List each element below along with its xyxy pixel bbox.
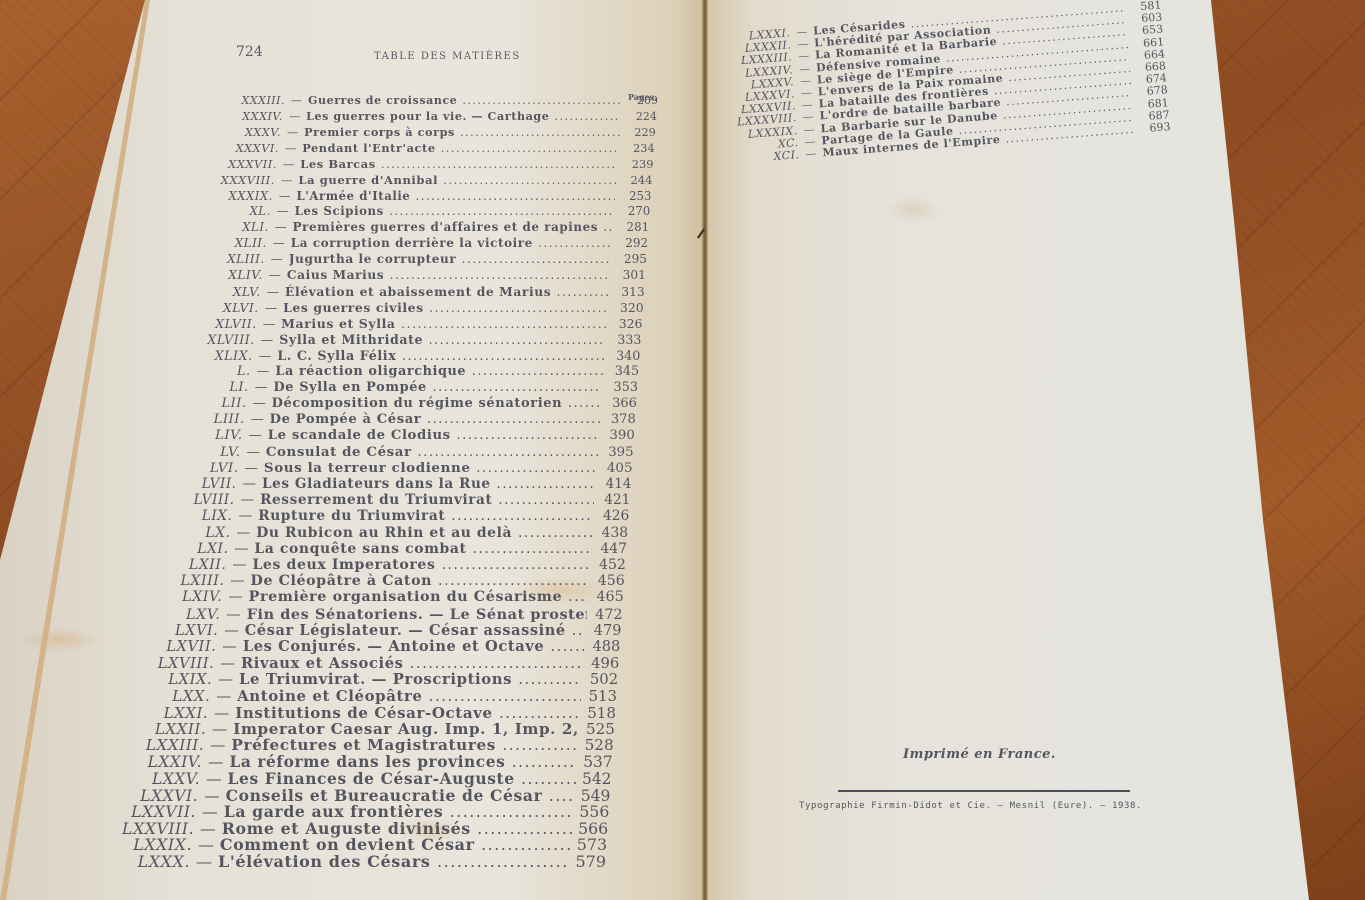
toc-entry: LXXI.—Institutions de César-Octave518 xyxy=(106,704,616,722)
em-dash: — xyxy=(259,348,272,363)
chapter-title: Du Rubicon au Rhin et au delà xyxy=(256,525,592,541)
toc-entry: XXXVIII.—La guerre d'Annibal244 xyxy=(201,173,653,187)
book-gutter xyxy=(702,0,708,900)
em-dash: — xyxy=(277,204,289,218)
page-ref: 456 xyxy=(593,573,625,589)
chapter-title: Décomposition du régime sénatorien xyxy=(272,396,601,411)
toc-entry: XLVII.—Marius et Sylla326 xyxy=(175,316,643,331)
page-ref: 301 xyxy=(614,268,646,282)
chapter-title: Institutions de César-Octave xyxy=(235,704,580,722)
em-dash: — xyxy=(208,753,223,771)
em-dash: — xyxy=(214,704,229,722)
chapter-number: XLII. xyxy=(189,236,267,250)
toc-entry: XXXV.—Premier corps à corps229 xyxy=(209,125,656,139)
imprint-notice: Imprimé en France. xyxy=(903,747,1056,762)
page-ref: 513 xyxy=(585,687,617,705)
chapter-number: LXVII. xyxy=(117,638,216,655)
page-ref: 496 xyxy=(587,655,619,672)
toc-entry: XLII.—La corruption derrière la victoire… xyxy=(189,236,648,250)
em-dash: — xyxy=(283,157,294,171)
page-ref: 405 xyxy=(601,461,633,476)
em-dash: — xyxy=(253,396,266,411)
em-dash: — xyxy=(240,492,254,508)
chapter-title: Les Conjurés. — Antoine et Octave xyxy=(243,638,585,655)
toc-entry: XXXVII.—Les Barcas239 xyxy=(204,157,654,171)
em-dash: — xyxy=(255,380,268,395)
chapter-number: LX. xyxy=(137,525,230,541)
chapter-title: L. C. Sylla Félix xyxy=(277,348,604,363)
toc-entry: LVII.—Les Gladiateurs dans la Rue414 xyxy=(146,476,631,492)
page-ref: 421 xyxy=(598,492,630,508)
page-ref: 229 xyxy=(624,126,656,139)
chapter-title: Antoine et Cléopâtre xyxy=(237,687,581,705)
running-head-title: TABLE DES MATIÈRES xyxy=(374,51,521,62)
chapter-title: L'élévation des Césars xyxy=(218,852,570,871)
chapter-title: La réforme dans les provinces xyxy=(229,753,576,771)
toc-entry: LXII.—Les deux Imperatores452 xyxy=(132,557,626,573)
em-dash: — xyxy=(230,573,244,589)
toc-entry: LXIX.—Le Triumvirat. — Proscriptions502 xyxy=(112,671,619,688)
chapter-number: LXXI. xyxy=(106,704,208,722)
chapter-number: LXVI. xyxy=(120,623,218,639)
chapter-number: LXXII. xyxy=(103,720,206,738)
chapter-number: LI. xyxy=(163,380,248,395)
chapter-title: Premier corps à corps xyxy=(304,125,620,139)
page-ref: 395 xyxy=(602,445,634,460)
em-dash: — xyxy=(244,461,257,476)
toc-entry: LXXIV.—La réforme dans les provinces537 xyxy=(97,753,612,771)
chapter-number: LXII. xyxy=(132,557,227,573)
page-ref: 353 xyxy=(606,380,638,395)
chapter-title: Pendant l'Entr'acte xyxy=(302,141,618,155)
chapter-number: LXI. xyxy=(135,541,229,557)
toc-entry: XLIV.—Caius Marius301 xyxy=(183,268,645,282)
page-ref: 414 xyxy=(599,476,631,492)
chapter-title: La guerre d'Annibal xyxy=(298,173,616,187)
chapter-title: Sylla et Mithridate xyxy=(279,332,605,347)
page-ref: 345 xyxy=(607,364,639,379)
em-dash: — xyxy=(265,301,277,315)
toc-entry: LXXX.—L'élévation des Césars579 xyxy=(80,852,606,871)
chapter-number: LIX. xyxy=(140,508,232,524)
chapter-title: Les guerres pour la vie. — Carthage xyxy=(306,110,621,123)
chapter-number: XXXV. xyxy=(209,126,281,139)
page-ref: 472 xyxy=(591,607,623,623)
toc-entry: LXVI.—César Législateur. — César assassi… xyxy=(120,622,621,639)
chapter-number: XXXVII. xyxy=(204,157,277,171)
chapter-number: XLIV. xyxy=(183,268,262,282)
page-ref: 525 xyxy=(583,720,615,738)
toc-entry: XLVI.—Les guerres civiles320 xyxy=(178,300,644,315)
em-dash: — xyxy=(269,268,281,282)
toc-entry: XXXIX.—L'Armée d'Italie253 xyxy=(198,189,652,203)
page-ref: 465 xyxy=(592,589,624,605)
em-dash: — xyxy=(226,607,240,623)
page-ref: 488 xyxy=(588,638,620,655)
page-ref: 579 xyxy=(574,852,606,871)
page-ref: 528 xyxy=(582,736,614,754)
chapter-title: Élévation et abaissement de Marius xyxy=(285,284,609,299)
page-ref: 320 xyxy=(612,301,644,315)
toc-entry: L.—La réaction oligarchique345 xyxy=(166,364,639,379)
em-dash: — xyxy=(267,285,279,299)
chapter-number: LIV. xyxy=(155,428,243,443)
chapter-number: LXXIII. xyxy=(100,736,204,754)
page-ref: 295 xyxy=(615,252,647,266)
chapter-title: César Législateur. — César assassiné xyxy=(245,622,586,639)
toc-entry: LIX.—Rupture du Triumvirat426 xyxy=(140,508,629,524)
toc-entry: LXI.—La conquête sans combat447 xyxy=(135,541,627,557)
page-ref: 244 xyxy=(620,173,652,187)
page-ref: 537 xyxy=(581,753,613,771)
page-ref: 239 xyxy=(622,157,654,171)
chapter-title: Les Barcas xyxy=(300,157,617,171)
em-dash: — xyxy=(261,332,274,347)
toc-entry: LX.—Du Rubicon au Rhin et au delà438 xyxy=(137,525,628,541)
toc-entry: XLIII.—Jugurtha le corrupteur295 xyxy=(186,252,647,266)
chapter-title: Première organisation du Césarisme xyxy=(249,589,588,605)
chapter-title: Premières guerres d'affaires et de rapin… xyxy=(293,220,613,234)
page-ref: 390 xyxy=(603,428,635,443)
toc-entry: XXXIV.—Les guerres pour la vie. — Cartha… xyxy=(212,110,657,123)
chapter-title: Jugurtha le corrupteur xyxy=(289,252,611,266)
em-dash: — xyxy=(279,189,291,203)
toc-entry: LI.—De Sylla en Pompée353 xyxy=(163,380,638,395)
toc-entry: XLVIII.—Sylla et Mithridate333 xyxy=(172,332,641,347)
toc-entry: XLI.—Premières guerres d'affaires et de … xyxy=(192,220,649,234)
page-ref: 253 xyxy=(619,189,651,203)
toc-entry: LIV.—Le scandale de Clodius390 xyxy=(155,428,635,443)
chapter-number: XXXVIII. xyxy=(201,173,275,187)
em-dash: — xyxy=(249,428,262,443)
chapter-title: Les guerres civiles xyxy=(283,300,608,315)
chapter-number: LXV. xyxy=(123,607,220,623)
chapter-title: Consulat de César xyxy=(266,444,598,460)
toc-entry: XLV.—Élévation et abaissement de Marius3… xyxy=(181,284,645,299)
em-dash: — xyxy=(220,655,235,672)
printer-colophon: Typographie Firmin-Didot et Cie. — Mesni… xyxy=(799,801,1142,811)
chapter-title: Rivaux et Associés xyxy=(241,655,583,672)
page-ref: 224 xyxy=(625,110,657,123)
page-ref: 502 xyxy=(586,671,618,688)
em-dash: — xyxy=(228,589,242,605)
em-dash: — xyxy=(251,412,264,427)
em-dash: — xyxy=(281,173,293,187)
page-ref: 313 xyxy=(613,285,645,299)
chapter-title: De Sylla en Pompée xyxy=(274,380,603,395)
chapter-title: Marius et Sylla xyxy=(281,316,606,331)
toc-entry: XXXIII.—Guerres de croissance209 xyxy=(215,94,658,107)
em-dash: — xyxy=(257,364,270,379)
em-dash: — xyxy=(222,638,237,655)
page-ref: 234 xyxy=(623,142,655,155)
em-dash: — xyxy=(212,720,227,738)
chapter-number: XLIII. xyxy=(186,252,265,266)
chapter-number: XXXIV. xyxy=(212,110,283,123)
chapter-number: XLVIII. xyxy=(172,332,255,347)
toc-entry: XXXVI.—Pendant l'Entr'acte234 xyxy=(206,141,654,155)
em-dash: — xyxy=(287,126,298,139)
em-dash: — xyxy=(232,557,246,573)
chapter-title: De Cléopâtre à Caton xyxy=(251,573,589,589)
chapter-number: L. xyxy=(166,364,250,379)
chapter-number: XXXIII. xyxy=(215,94,285,107)
em-dash: — xyxy=(247,445,260,460)
chapter-number: LVI. xyxy=(149,461,239,476)
page-ref: 366 xyxy=(605,396,637,411)
page-number: 724 xyxy=(236,44,263,60)
chapter-number: XLVII. xyxy=(175,316,257,331)
chapter-number: LIII. xyxy=(158,412,245,427)
em-dash: — xyxy=(196,852,212,871)
toc-entry: LXX.—Antoine et Cléopâtre513 xyxy=(109,687,617,705)
chapter-number: LXX. xyxy=(109,687,210,705)
em-dash: — xyxy=(224,623,239,639)
chapter-title: L'Armée d'Italie xyxy=(296,189,615,203)
chapter-number: XLI. xyxy=(192,220,269,234)
chapter-number: LXIX. xyxy=(112,671,213,688)
chapter-title: La corruption derrière la victoire xyxy=(291,236,612,250)
em-dash: — xyxy=(805,147,817,161)
chapter-title: Caius Marius xyxy=(287,268,610,282)
page-ref: 518 xyxy=(584,704,616,722)
chapter-title: De Pompée à César xyxy=(270,412,600,427)
chapter-title: Les Scipions xyxy=(295,204,615,218)
em-dash: — xyxy=(285,142,296,155)
em-dash: — xyxy=(234,541,248,557)
page-ref: 378 xyxy=(604,412,636,427)
chapter-title: Sous la terreur clodienne xyxy=(264,460,597,476)
chapter-number: XLV. xyxy=(181,285,261,299)
toc-entry: LXXII.—Imperator Caesar Aug. Imp. 1, Imp… xyxy=(103,720,615,738)
chapter-number: LII. xyxy=(160,396,246,411)
chapter-number: LVII. xyxy=(146,476,236,492)
page-ref: 209 xyxy=(626,94,658,107)
chapter-number: LV. xyxy=(152,445,241,460)
em-dash: — xyxy=(271,252,283,266)
page-ref: 333 xyxy=(609,332,641,347)
chapter-number: XLIX. xyxy=(169,348,253,363)
page-ref: 340 xyxy=(608,348,640,363)
chapter-title: Le scandale de Clodius xyxy=(268,428,599,443)
toc-entry: LXIV.—Première organisation du Césarisme… xyxy=(126,589,624,605)
page-ref: 438 xyxy=(596,525,628,541)
em-dash: — xyxy=(263,316,275,331)
chapter-title: La réaction oligarchique xyxy=(275,364,603,379)
page-ref: 281 xyxy=(617,220,649,234)
chapter-number: LVIII. xyxy=(143,492,234,508)
chapter-title: Fin des Sénatoriens. — Le Sénat prostern… xyxy=(247,606,587,623)
toc-entry: LII.—Décomposition du régime sénatorien3… xyxy=(160,396,637,411)
chapter-number: XL. xyxy=(195,204,271,218)
toc-entry: XL.—Les Scipions270 xyxy=(195,204,650,218)
toc-entry: XLIX.—L. C. Sylla Félix340 xyxy=(169,348,640,363)
page-ref: 693 xyxy=(1138,120,1171,135)
page-ref: 447 xyxy=(595,541,627,557)
chapter-number: LXXX. xyxy=(80,852,190,871)
em-dash: — xyxy=(242,476,256,492)
em-dash: — xyxy=(216,687,231,705)
chapter-number: LXIII. xyxy=(129,573,225,589)
page-ref: 326 xyxy=(611,316,643,331)
toc-entry: LIII.—De Pompée à César378 xyxy=(158,412,636,427)
chapter-title: Imperator Caesar Aug. Imp. 1, Imp. 2, et… xyxy=(233,720,579,738)
chapter-title: Resserrement du Triumvirat xyxy=(260,492,594,508)
toc-entry: LVIII.—Resserrement du Triumvirat421 xyxy=(143,492,630,508)
toc-entry: LVI.—Sous la terreur clodienne405 xyxy=(149,460,633,476)
chapter-title: Les Gladiateurs dans la Rue xyxy=(262,476,595,492)
chapter-title: Guerres de croissance xyxy=(308,94,622,107)
toc-entry: LXVIII.—Rivaux et Associés496 xyxy=(114,655,619,672)
em-dash: — xyxy=(275,220,287,234)
toc-entry: LXVII.—Les Conjurés. — Antoine et Octave… xyxy=(117,638,620,655)
toc-entry: LXIII.—De Cléopâtre à Caton456 xyxy=(129,573,625,589)
toc-entry: LXV.—Fin des Sénatoriens. — Le Sénat pro… xyxy=(123,606,623,623)
page-ref: 292 xyxy=(616,236,648,250)
page-ref: 452 xyxy=(594,557,626,573)
em-dash: — xyxy=(273,236,285,250)
chapter-number: XXXIX. xyxy=(198,189,273,203)
chapter-number: XXXVI. xyxy=(206,142,279,155)
page-ref: 270 xyxy=(618,204,650,218)
page-ref: 426 xyxy=(597,508,629,524)
em-dash: — xyxy=(291,94,302,107)
em-dash: — xyxy=(238,508,252,524)
chapter-title: La conquête sans combat xyxy=(254,541,591,557)
toc-entry: LXXIII.—Préfectures et Magistratures528 xyxy=(100,736,614,754)
toc-entry: LV.—Consulat de César395 xyxy=(152,444,634,460)
chapter-title: Les deux Imperatores xyxy=(252,557,589,573)
page-ref: 479 xyxy=(589,623,621,639)
em-dash: — xyxy=(218,671,233,688)
chapter-number: LXXIV. xyxy=(97,753,202,771)
printer-rule xyxy=(838,790,1130,792)
chapter-title: Rupture du Triumvirat xyxy=(258,508,593,524)
em-dash: — xyxy=(289,110,300,123)
em-dash: — xyxy=(210,736,225,754)
chapter-title: Préfectures et Magistratures xyxy=(231,736,577,754)
em-dash: — xyxy=(236,525,250,541)
chapter-number: XLVI. xyxy=(178,301,259,315)
chapter-number: LXVIII. xyxy=(114,655,214,672)
chapter-number: LXIV. xyxy=(126,589,222,605)
chapter-title: Le Triumvirat. — Proscriptions xyxy=(239,671,582,688)
